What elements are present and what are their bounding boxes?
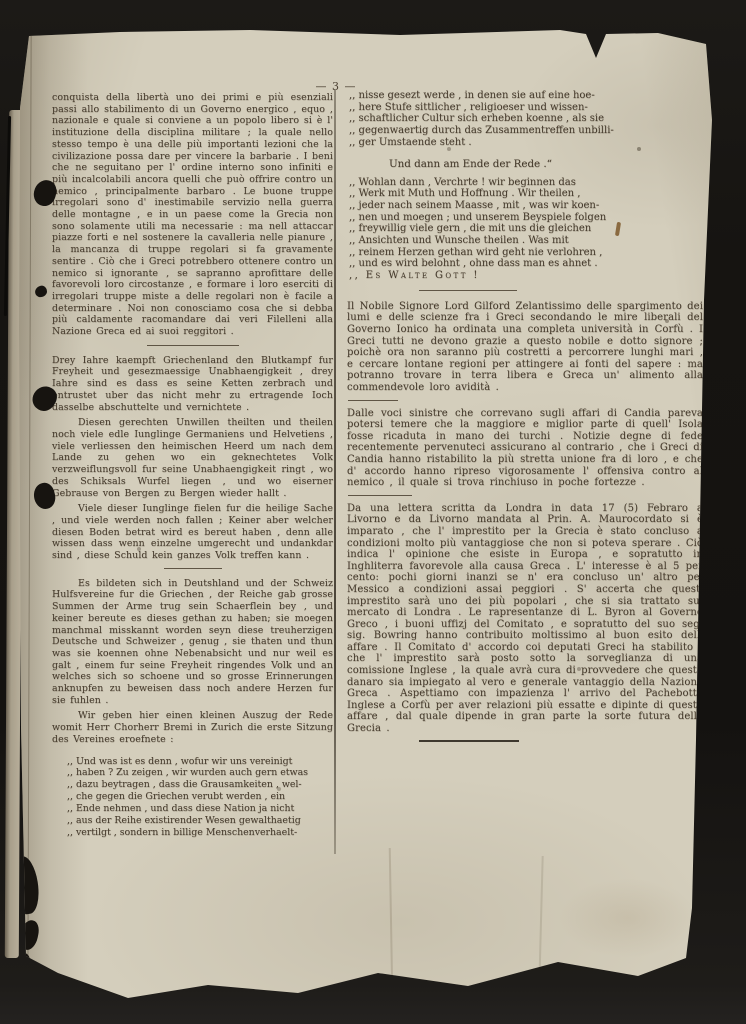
article-paragraph-candia: Dalle voci sinistre che correvano sugli … (347, 408, 703, 489)
speech-quote-block: ,, Wohlan dann , Verchrte ! wir beginnen… (347, 177, 703, 282)
article-paragraph-londra: Da una lettera scritta da Londra in data… (347, 503, 703, 735)
quote-line: ,, dazu beytragen , dass die Grausamkeit… (52, 779, 333, 791)
newspaper-page: — 3 — conquista della libertà uno dei pr… (18, 28, 712, 1000)
quote-line: ,, haben ? Zu zeigen , wir wurden auch g… (52, 767, 333, 779)
paper-stain (558, 878, 698, 958)
section-rule (348, 400, 398, 401)
left-column: conquista della libertà uno dei primi e … (52, 92, 333, 839)
quote-line: ,, Ende nehmen , und dass diese Nation j… (52, 803, 333, 815)
speech-quote-continuation: ,, nisse gesezt werde , in denen sie auf… (347, 90, 703, 149)
section-rule (348, 495, 412, 496)
article-paragraph-drey: Drey Iahre kaempft Griechenland den Blut… (52, 355, 333, 414)
quote-line: ,, che gegen die Griechen verubt werden … (52, 791, 333, 803)
quote-line: ,, schaftlicher Cultur sich erheben koen… (347, 113, 703, 125)
quote-line: ,, here Stufe sittlicher , religioeser u… (347, 102, 703, 114)
right-column: ,, nisse gesezt werde , in denen sie auf… (347, 90, 703, 742)
quote-line: ,, ger Umstaende steht . (347, 137, 703, 149)
article-end-rule (419, 740, 519, 742)
section-rule (419, 290, 517, 291)
quote-line: ,, reinem Herzen gethan wird geht nie ve… (347, 247, 703, 259)
section-rule (147, 345, 239, 346)
quote-line: ,, Und was ist es denn , wofur wir uns v… (52, 756, 333, 768)
article-paragraph-diesen: Diesen gerechten Unwillen theilten und t… (52, 417, 333, 499)
article-paragraph-esbildeten: Es bildeten sich in Deutshland und der S… (52, 578, 333, 707)
speech-ending-heading: Und dann am Ende der Rede .“ (389, 158, 703, 170)
column-divider-rule (334, 90, 336, 854)
quote-line: ,, und es wird belohnt , ohne dass man e… (347, 258, 703, 270)
quote-line: ,, Ansichten und Wunsche theilen . Was m… (347, 235, 703, 247)
quote-line: ,, freywillig viele gern , die mit uns d… (347, 223, 703, 235)
section-rule (164, 568, 222, 569)
binding-stitch (33, 284, 48, 298)
article-paragraph-liberta: conquista della libertà uno dei primi e … (52, 92, 333, 338)
article-paragraph-viele: Viele dieser Iunglinge fielen fur die he… (52, 503, 333, 562)
article-paragraph-gilford: Il Nobile Signore Lord Gilford Zelantiss… (347, 301, 703, 394)
fold-crease (389, 848, 394, 993)
quote-line-es-walte-gott: ,, Es Walte Gott ! (347, 270, 703, 282)
quote-line: ,, nen und moegen ; und unserem Beyspiel… (347, 212, 703, 224)
quote-line: ,, nisse gesezt werde , in denen sie auf… (347, 90, 703, 102)
quote-line: ,, Werk mit Muth und Hoffnung . Wir thei… (347, 188, 703, 200)
quote-line: ,, aus der Reihe existirender Wesen gewa… (52, 815, 333, 827)
quote-line: ,, vertilgt , sondern in billige Mensche… (52, 827, 333, 839)
quote-line: ,, jeder nach seinem Maasse , mit , was … (347, 200, 703, 212)
article-paragraph-wirgeben: Wir geben hier einen kleinen Auszug der … (52, 710, 333, 745)
quote-line: ,, Wohlan dann , Verchrte ! wir beginnen… (347, 177, 703, 189)
speech-quote-block: ,, Und was ist es denn , wofur wir uns v… (52, 756, 333, 839)
quote-line: ,, gegenwaertig durch das Zusammentreffe… (347, 125, 703, 137)
binding-crease (27, 34, 31, 989)
